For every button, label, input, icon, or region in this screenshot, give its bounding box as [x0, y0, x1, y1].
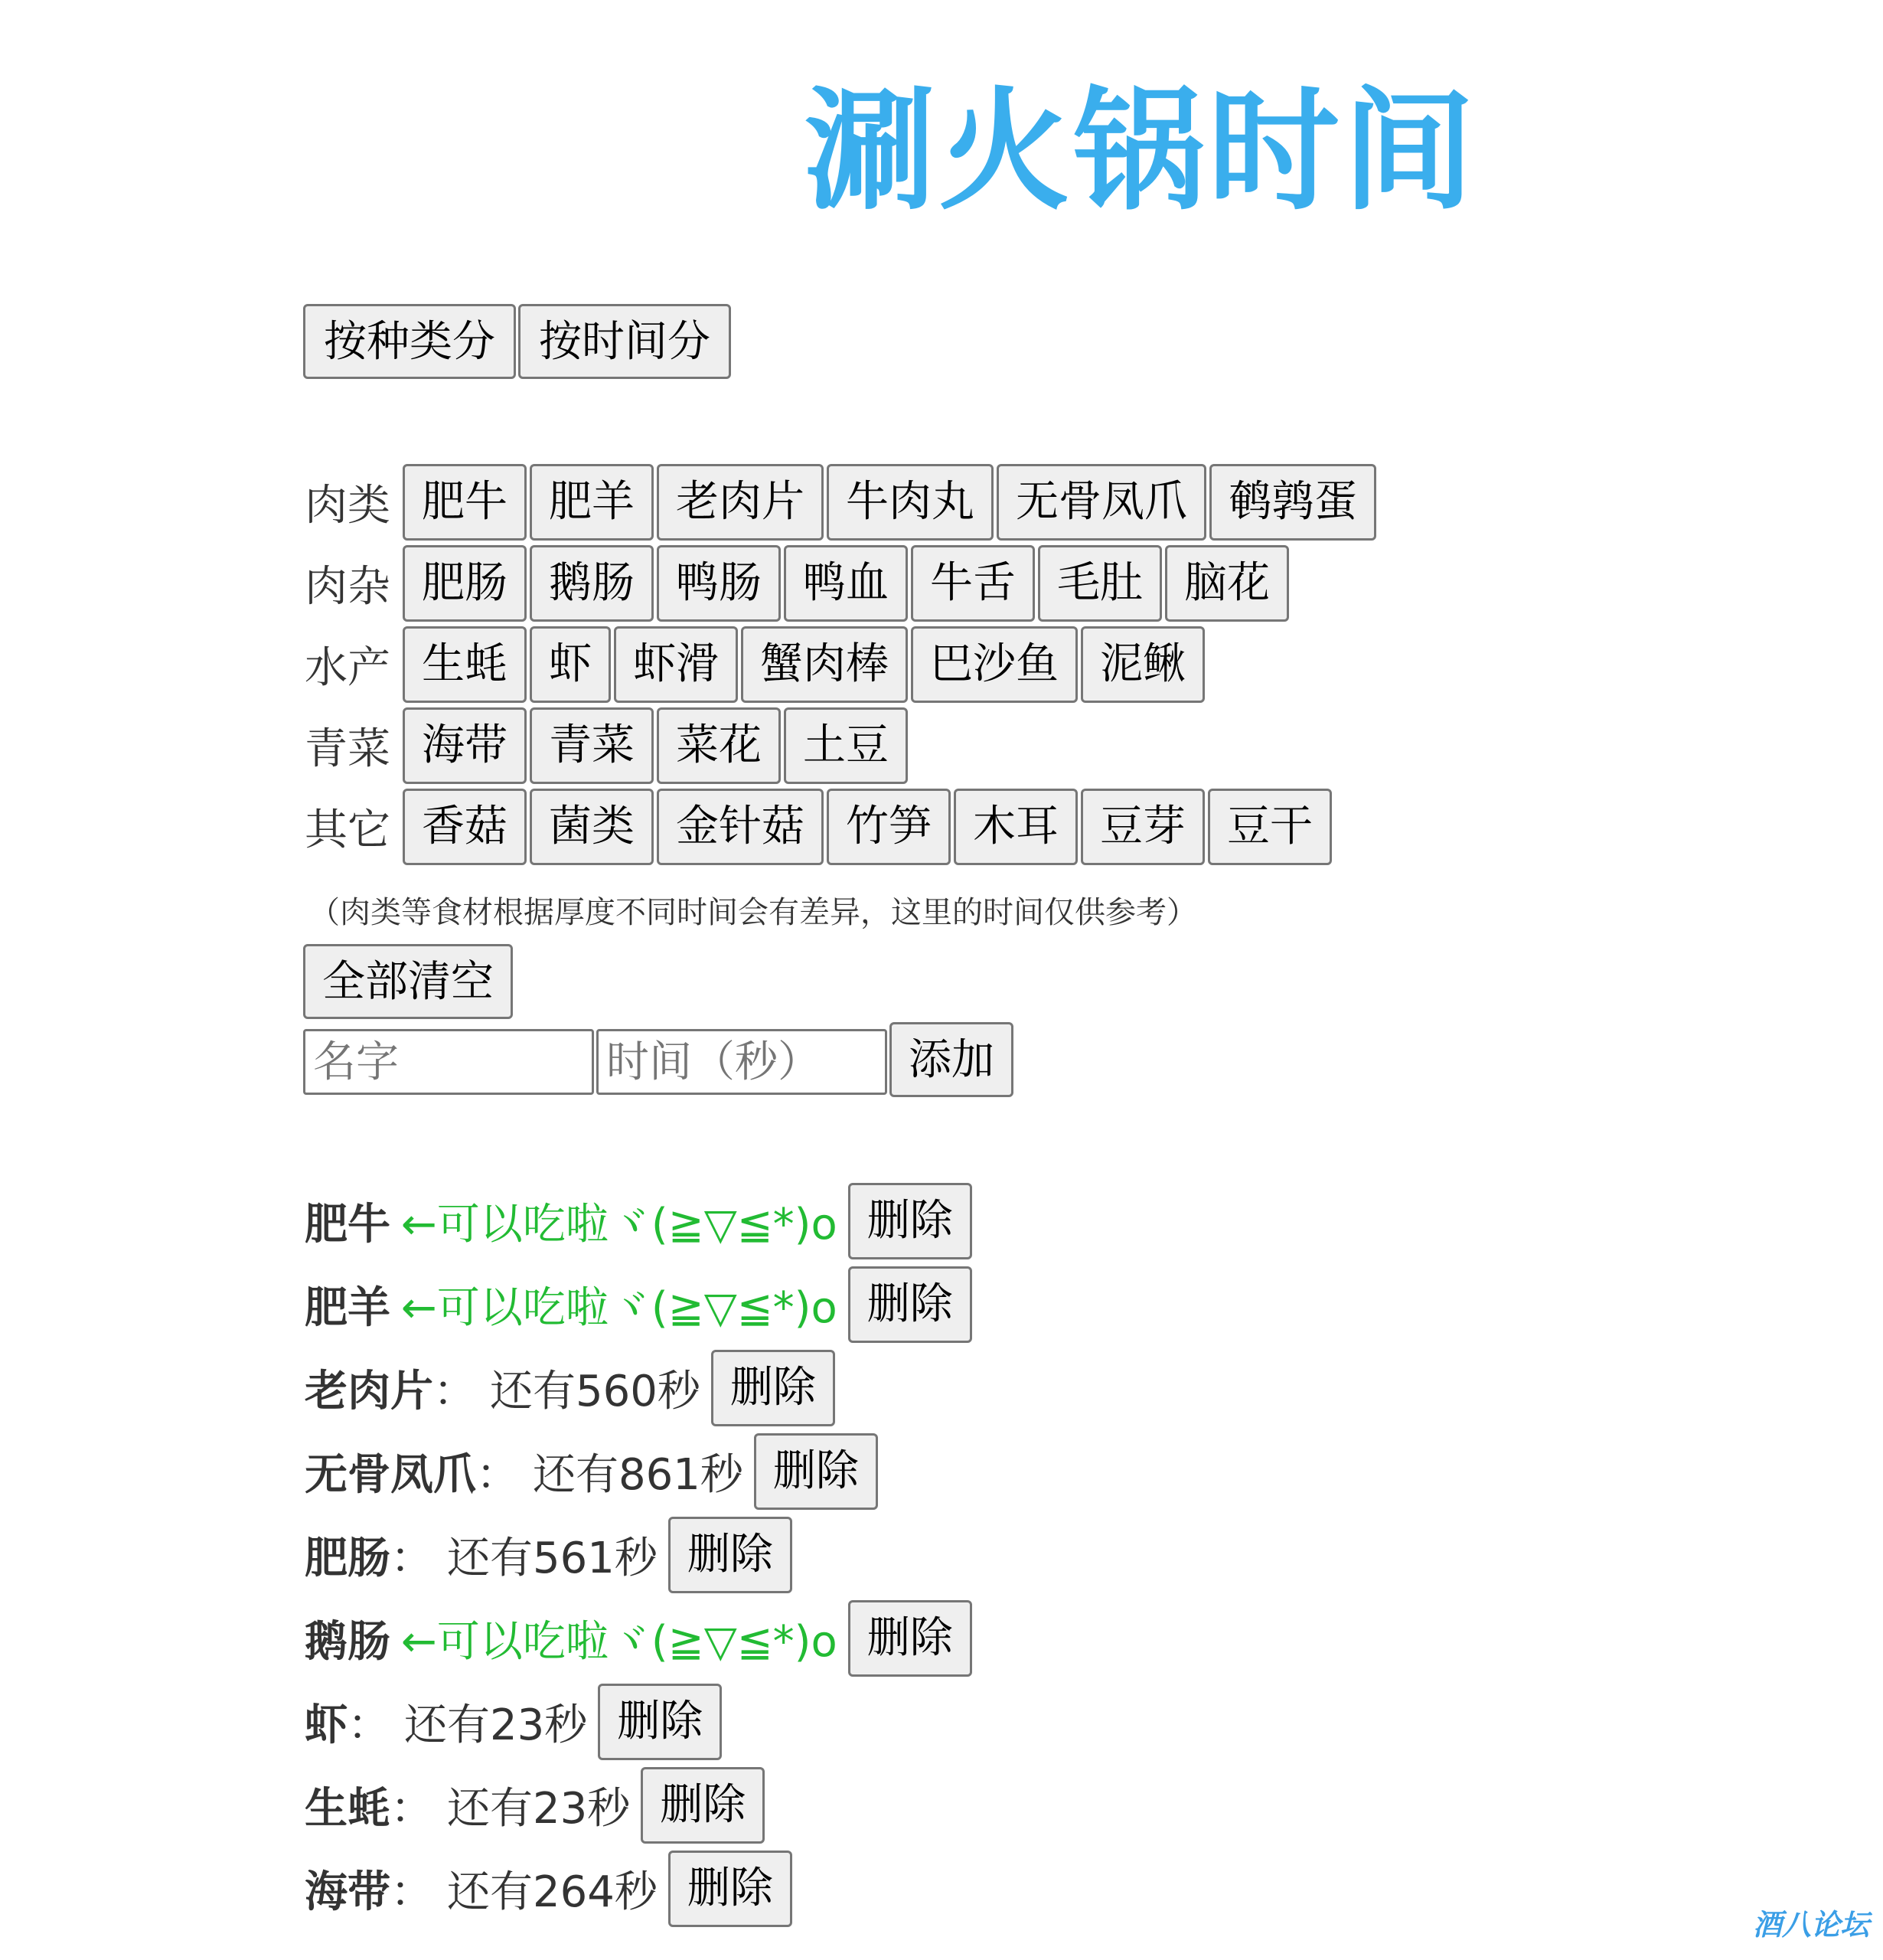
separator: ： — [390, 1524, 433, 1586]
disclaimer-note: （肉类等食材根据厚度不同时间会有差异，这里的时间仅供参考） — [309, 888, 1197, 932]
remaining-time: 还有861秒 — [533, 1441, 743, 1502]
food-button[interactable]: 海带 — [403, 707, 527, 784]
timer-row: 无骨凤爪 ： 还有861秒 删除 — [305, 1429, 972, 1513]
food-button[interactable]: 生蚝 — [403, 626, 527, 703]
ready-status: ←可以吃啦ヾ(≧▽≦*)o — [401, 1191, 837, 1252]
clear-wrap: 全部清空 — [303, 944, 515, 1024]
food-button[interactable]: 菜花 — [657, 707, 781, 784]
timer-name: 肥牛 — [305, 1191, 390, 1252]
remaining-time: 还有23秒 — [447, 1775, 630, 1836]
separator: ： — [476, 1441, 519, 1502]
timer-name: 肥羊 — [305, 1274, 390, 1335]
food-button[interactable]: 毛肚 — [1038, 545, 1162, 622]
remaining-time: 还有264秒 — [447, 1858, 658, 1919]
category-row-seafood: 水产 生蚝 虾 虾滑 蟹肉棒 巴沙鱼 泥鳅 — [305, 624, 1379, 705]
group-by-time-button[interactable]: 按时间分 — [518, 304, 731, 379]
remaining-time: 还有560秒 — [490, 1357, 700, 1419]
timer-name: 肥肠 — [305, 1524, 390, 1586]
timer-row: 鹅肠 ←可以吃啦ヾ(≧▽≦*)o 删除 — [305, 1596, 972, 1680]
food-button[interactable]: 竹笋 — [827, 789, 951, 865]
food-button[interactable]: 牛舌 — [911, 545, 1035, 622]
delete-button[interactable]: 删除 — [711, 1350, 835, 1426]
name-input[interactable] — [303, 1029, 594, 1095]
food-button[interactable]: 鸭血 — [784, 545, 908, 622]
remaining-time: 还有23秒 — [404, 1691, 587, 1753]
food-button[interactable]: 土豆 — [784, 707, 908, 784]
food-button[interactable]: 香菇 — [403, 789, 527, 865]
food-button[interactable]: 豆芽 — [1081, 789, 1205, 865]
category-label: 其它 — [305, 796, 403, 857]
timer-row: 海带 ： 还有264秒 删除 — [305, 1847, 972, 1930]
timer-row: 虾 ： 还有23秒 删除 — [305, 1680, 972, 1763]
separator: ： — [348, 1691, 390, 1753]
clear-all-button[interactable]: 全部清空 — [303, 944, 513, 1019]
category-label: 青菜 — [305, 715, 403, 776]
delete-button[interactable]: 删除 — [668, 1517, 792, 1593]
timer-name: 鹅肠 — [305, 1608, 390, 1669]
delete-button[interactable]: 删除 — [848, 1266, 972, 1343]
category-label: 水产 — [305, 634, 403, 695]
food-button[interactable]: 蟹肉棒 — [741, 626, 908, 703]
category-row-offal: 肉杂 肥肠 鹅肠 鸭肠 鸭血 牛舌 毛肚 脑花 — [305, 543, 1379, 624]
timer-name: 老肉片 — [305, 1357, 433, 1419]
timer-name: 海带 — [305, 1858, 390, 1919]
food-button[interactable]: 牛肉丸 — [827, 464, 994, 541]
food-button[interactable]: 泥鳅 — [1081, 626, 1205, 703]
timer-name: 虾 — [305, 1691, 348, 1753]
timer-row: 肥羊 ←可以吃啦ヾ(≧▽≦*)o 删除 — [305, 1263, 972, 1346]
page-title: 涮火锅时间 — [0, 67, 1883, 236]
add-button[interactable]: 添加 — [889, 1022, 1013, 1097]
delete-button[interactable]: 删除 — [668, 1851, 792, 1927]
add-timer-form: 添加 — [303, 1022, 1016, 1102]
separator: ： — [433, 1357, 476, 1419]
timer-row: 肥肠 ： 还有561秒 删除 — [305, 1513, 972, 1596]
delete-button[interactable]: 删除 — [754, 1433, 878, 1510]
category-row-meat: 肉类 肥牛 肥羊 老肉片 牛肉丸 无骨凤爪 鹌鹑蛋 — [305, 462, 1379, 543]
timer-row: 肥牛 ←可以吃啦ヾ(≧▽≦*)o 删除 — [305, 1179, 972, 1263]
food-button[interactable]: 菌类 — [530, 789, 654, 865]
delete-button[interactable]: 删除 — [848, 1600, 972, 1677]
separator: ： — [390, 1775, 433, 1836]
food-button[interactable]: 老肉片 — [657, 464, 824, 541]
food-button[interactable]: 巴沙鱼 — [911, 626, 1078, 703]
delete-button[interactable]: 删除 — [641, 1767, 765, 1844]
category-row-other: 其它 香菇 菌类 金针菇 竹笋 木耳 豆芽 豆干 — [305, 786, 1379, 867]
ready-status: ←可以吃啦ヾ(≧▽≦*)o — [401, 1274, 837, 1335]
food-button[interactable]: 木耳 — [954, 789, 1078, 865]
food-button[interactable]: 虾 — [530, 626, 611, 703]
delete-button[interactable]: 删除 — [848, 1183, 972, 1259]
delete-button[interactable]: 删除 — [598, 1684, 722, 1760]
food-button[interactable]: 肥羊 — [530, 464, 654, 541]
food-button[interactable]: 青菜 — [530, 707, 654, 784]
food-button[interactable]: 金针菇 — [657, 789, 824, 865]
food-button[interactable]: 豆干 — [1208, 789, 1332, 865]
food-button[interactable]: 无骨凤爪 — [997, 464, 1206, 541]
food-button[interactable]: 鹌鹑蛋 — [1209, 464, 1376, 541]
food-button[interactable]: 肥牛 — [403, 464, 527, 541]
food-button[interactable]: 鹅肠 — [530, 545, 654, 622]
ready-status: ←可以吃啦ヾ(≧▽≦*)o — [401, 1608, 837, 1669]
mode-toggle-bar: 按种类分 按时间分 — [303, 304, 733, 384]
time-seconds-input[interactable] — [596, 1029, 887, 1095]
separator: ： — [390, 1858, 433, 1919]
food-button[interactable]: 脑花 — [1165, 545, 1289, 622]
food-button[interactable]: 肥肠 — [403, 545, 527, 622]
timer-list: 肥牛 ←可以吃啦ヾ(≧▽≦*)o 删除 肥羊 ←可以吃啦ヾ(≧▽≦*)o 删除 … — [305, 1179, 972, 1930]
forum-watermark: 酒八论坛 — [1753, 1901, 1869, 1943]
timer-row: 生蚝 ： 还有23秒 删除 — [305, 1763, 972, 1847]
remaining-time: 还有561秒 — [447, 1524, 658, 1586]
timer-name: 生蚝 — [305, 1775, 390, 1836]
timer-name: 无骨凤爪 — [305, 1441, 476, 1502]
category-row-vegetables: 青菜 海带 青菜 菜花 土豆 — [305, 705, 1379, 786]
category-list: 肉类 肥牛 肥羊 老肉片 牛肉丸 无骨凤爪 鹌鹑蛋 肉杂 肥肠 鹅肠 鸭肠 鸭血… — [305, 462, 1379, 867]
category-label: 肉类 — [305, 472, 403, 533]
category-label: 肉杂 — [305, 553, 403, 614]
food-button[interactable]: 鸭肠 — [657, 545, 781, 622]
group-by-type-button[interactable]: 按种类分 — [303, 304, 516, 379]
timer-row: 老肉片 ： 还有560秒 删除 — [305, 1346, 972, 1429]
food-button[interactable]: 虾滑 — [614, 626, 738, 703]
